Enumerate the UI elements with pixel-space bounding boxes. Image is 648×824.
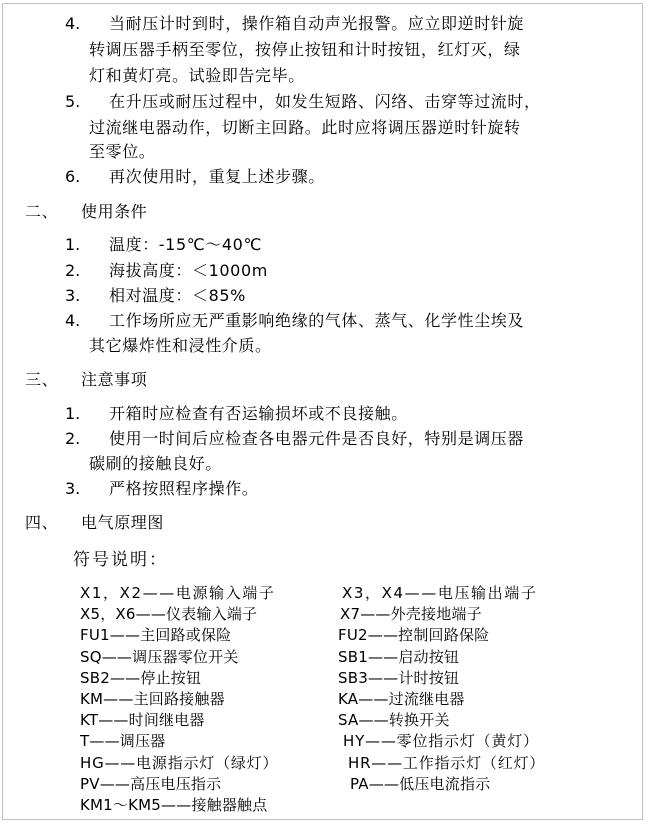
section-title: 电气原理图 xyxy=(81,513,164,532)
symbol-legend-title: 符号说明： xyxy=(73,549,168,571)
section-heading-usage-conditions: 二、使用条件 xyxy=(25,202,147,222)
symbol-right-9: HR——工作指示灯（红灯） xyxy=(348,753,545,773)
item-number: 3. xyxy=(65,286,109,306)
step-number: 6. xyxy=(65,167,109,187)
step-4-line-3: 灯和黄灯亮。试验即告完毕。 xyxy=(89,66,305,86)
symbol-left-6: KM——主回路接触器 xyxy=(80,689,225,709)
item-text: 工作场所应无严重影响绝缘的气体、蒸气、化学性尘埃及 xyxy=(109,311,524,330)
symbol-right-1: X3，X4——电压输出端子 xyxy=(342,583,537,603)
symbol-right-8: HY——零位指示灯（黄灯） xyxy=(343,731,539,751)
section-heading-precautions: 三、注意事项 xyxy=(25,370,147,390)
step-6-line-1: 6.再次使用时，重复上述步骤。 xyxy=(65,167,325,187)
item-number: 3. xyxy=(65,479,109,499)
symbol-left-11: KM1～KM5——接触器触点 xyxy=(80,795,267,815)
symbol-left-8: T——调压器 xyxy=(80,731,165,751)
section-number: 三、 xyxy=(25,370,81,390)
item-text: 开箱时应检查有否运输损坏或不良接触。 xyxy=(109,404,408,423)
condition-3: 3.相对温度：＜85% xyxy=(65,286,246,306)
symbol-left-1: X1，X2——电源输入端子 xyxy=(80,583,275,603)
item-text: 海拔高度：＜1000m xyxy=(109,261,268,280)
step-4-line-1: 4.当耐压计时到时，操作箱自动声光报警。应立即逆时针旋 xyxy=(65,14,524,34)
item-text: 使用一时间后应检查各电器元件是否良好，特别是调压器 xyxy=(109,429,524,448)
symbol-right-6: KA——过流继电器 xyxy=(338,689,465,709)
symbol-left-2: X5，X6——仪表输入端子 xyxy=(80,604,257,624)
step-text: 当耐压计时到时，操作箱自动声光报警。应立即逆时针旋 xyxy=(109,14,524,33)
symbol-right-10: PA——低压电流指示 xyxy=(350,774,490,794)
condition-4-line-2: 其它爆炸性和浸性介质。 xyxy=(89,336,272,356)
symbol-right-2: X7——外壳接地端子 xyxy=(340,604,482,624)
section-heading-schematic: 四、电气原理图 xyxy=(25,513,164,533)
section-title: 使用条件 xyxy=(81,202,147,221)
precaution-2-line-2: 碳刷的接触良好。 xyxy=(89,454,222,474)
symbol-left-5: SB2——停止按钮 xyxy=(80,668,201,688)
step-4-line-2: 转调压器手柄至零位，按停止按钮和计时按钮，红灯灭，绿 xyxy=(89,40,521,60)
step-number: 5. xyxy=(65,92,109,112)
item-text: 温度：-15℃～40℃ xyxy=(109,235,262,254)
precaution-1: 1.开箱时应检查有否运输损坏或不良接触。 xyxy=(65,404,408,424)
precaution-3: 3.严格按照程序操作。 xyxy=(65,479,258,499)
symbol-right-5: SB3——计时按钮 xyxy=(338,668,459,688)
document-page: 4.当耐压计时到时，操作箱自动声光报警。应立即逆时针旋 转调压器手柄至零位，按停… xyxy=(2,3,643,820)
symbol-left-9: HG——电源指示灯（绿灯） xyxy=(80,753,278,773)
item-number: 2. xyxy=(65,261,109,281)
symbol-left-4: SQ——调压器零位开关 xyxy=(80,647,239,667)
item-number: 1. xyxy=(65,235,109,255)
symbol-left-3: FU1——主回路或保险 xyxy=(80,625,231,645)
step-5-line-1: 5.在升压或耐压过程中，如发生短路、闪络、击穿等过流时， xyxy=(65,92,541,112)
step-text: 再次使用时，重复上述步骤。 xyxy=(109,167,325,186)
symbol-left-7: KT——时间继电器 xyxy=(80,710,205,730)
step-number: 4. xyxy=(65,14,109,34)
item-number: 4. xyxy=(65,311,109,331)
item-text: 相对温度：＜85% xyxy=(109,286,246,305)
step-text: 在升压或耐压过程中，如发生短路、闪络、击穿等过流时， xyxy=(109,92,541,111)
item-number: 2. xyxy=(65,429,109,449)
item-number: 1. xyxy=(65,404,109,424)
step-5-line-2: 过流继电器动作，切断主回路。此时应将调压器逆时针旋转 xyxy=(89,118,521,138)
item-text: 严格按照程序操作。 xyxy=(109,479,258,498)
step-5-line-3: 至零位。 xyxy=(89,142,155,162)
section-number: 二、 xyxy=(25,202,81,222)
precaution-2-line-1: 2.使用一时间后应检查各电器元件是否良好，特别是调压器 xyxy=(65,429,524,449)
symbol-right-7: SA——转换开关 xyxy=(338,710,450,730)
condition-4-line-1: 4.工作场所应无严重影响绝缘的气体、蒸气、化学性尘埃及 xyxy=(65,311,524,331)
section-title: 注意事项 xyxy=(81,370,147,389)
symbol-right-4: SB1——启动按钮 xyxy=(338,647,459,667)
section-number: 四、 xyxy=(25,513,81,533)
condition-2: 2.海拔高度：＜1000m xyxy=(65,261,268,281)
symbol-right-3: FU2——控制回路保险 xyxy=(338,625,489,645)
condition-1: 1.温度：-15℃～40℃ xyxy=(65,235,262,255)
symbol-left-10: PV——高压电压指示 xyxy=(80,774,221,794)
